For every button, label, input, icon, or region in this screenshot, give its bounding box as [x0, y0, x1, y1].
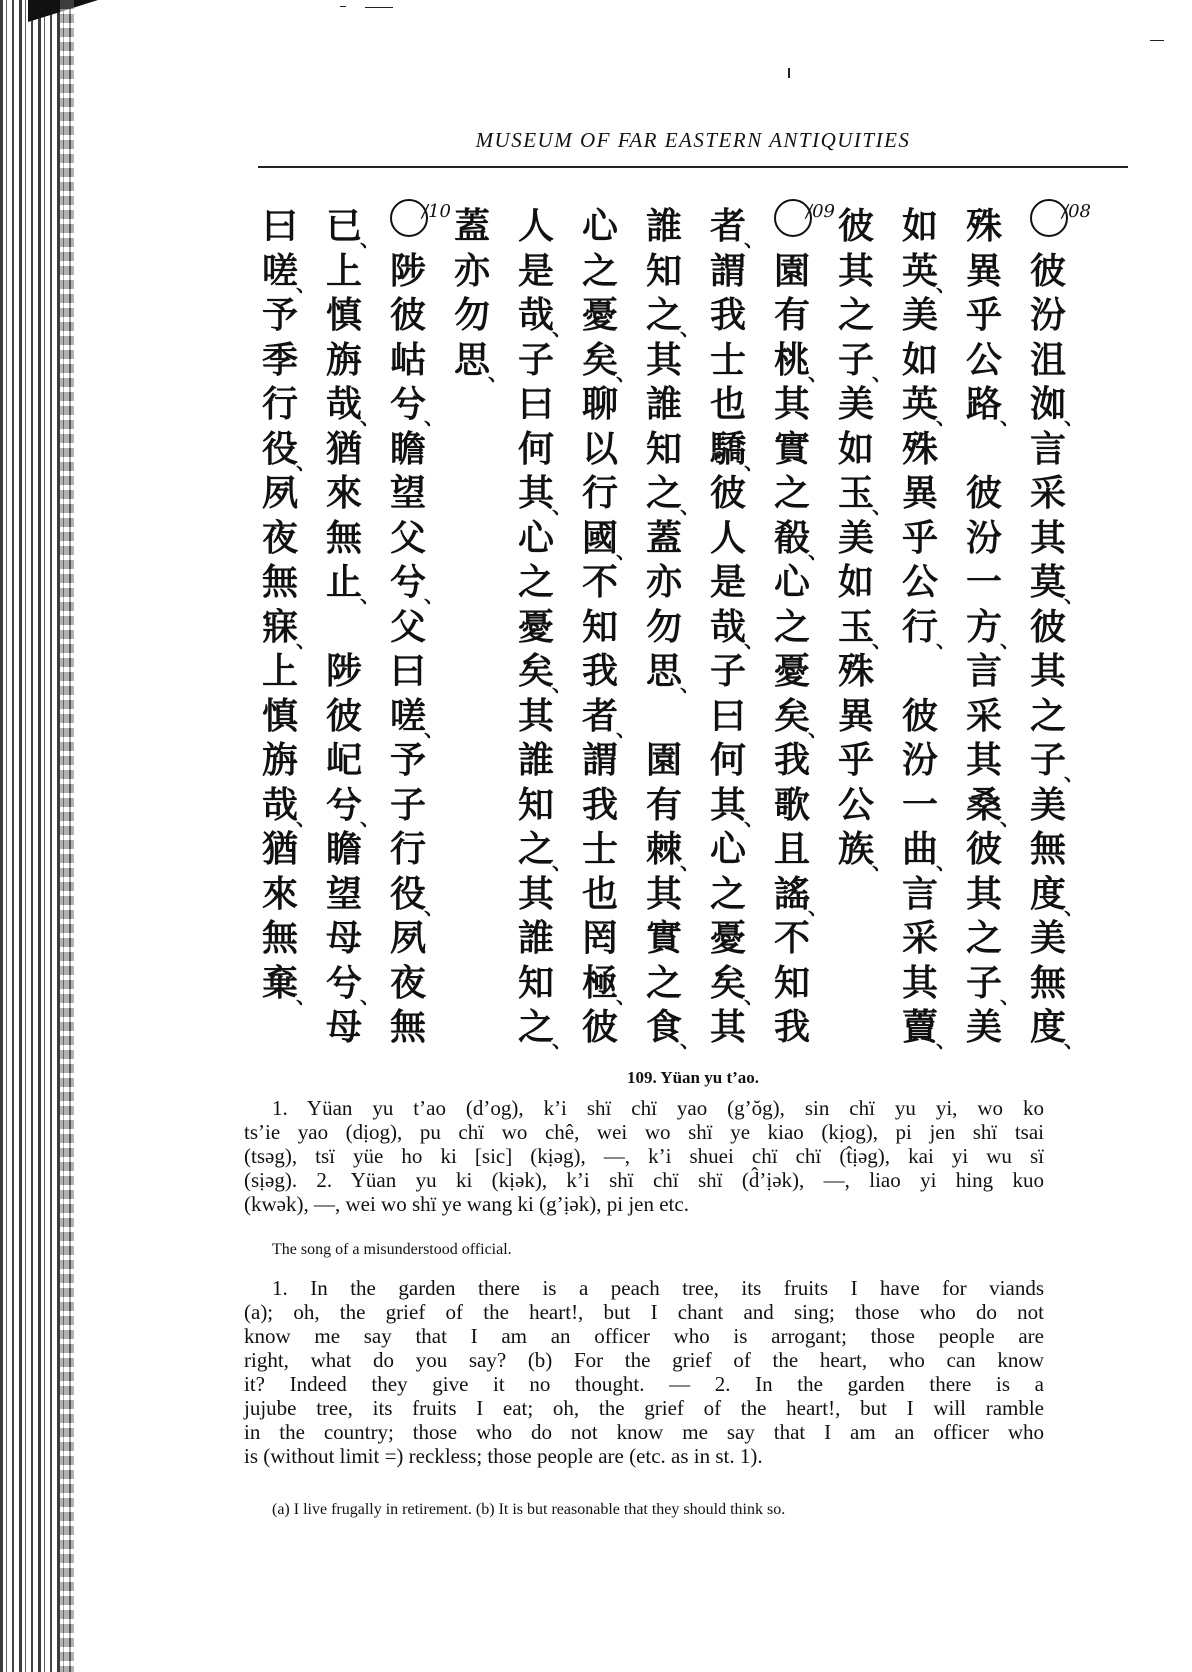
poem-number: /10: [422, 201, 451, 222]
chinese-char: 謂: [710, 250, 762, 295]
chinese-char: 聊: [582, 383, 634, 428]
chinese-char: 之: [966, 917, 1018, 962]
chinese-char: 桑、: [966, 784, 1018, 829]
chinese-char: 殊: [838, 650, 890, 695]
chinese-char: 園: [774, 250, 826, 295]
chinese-char: 如: [902, 205, 954, 250]
header-rule: [258, 166, 1128, 168]
chinese-text-block: /08 彼汾沮洳、言采其莫、彼其之子、美無度、美無度、殊異乎公路、 彼汾一方、言…: [262, 205, 1082, 1085]
chinese-char: 人: [710, 517, 762, 562]
chinese-char: 夜: [390, 962, 442, 1007]
chinese-char: 子、: [1030, 739, 1082, 784]
chinese-char: 無: [262, 917, 314, 962]
chinese-char: 公: [838, 784, 890, 829]
chinese-char: 國、: [582, 517, 634, 562]
chinese-char: 勿: [646, 606, 698, 651]
poem-number: /09: [806, 201, 835, 222]
text-column: /10 陟彼岵兮、瞻望父兮、父曰嗟、予子行役、夙夜無: [390, 205, 442, 1085]
chinese-char: 子、: [966, 962, 1018, 1007]
chinese-char: 玉、: [838, 606, 890, 651]
chinese-char: 之: [774, 606, 826, 651]
chinese-char: 已、: [326, 205, 378, 250]
chinese-char: 旃: [326, 339, 378, 384]
chinese-char: 乎: [902, 517, 954, 562]
chinese-char: 如: [838, 561, 890, 606]
chinese-char: 嗟、: [390, 695, 442, 740]
chinese-char: 猶: [326, 428, 378, 473]
chinese-char: 美: [902, 294, 954, 339]
chinese-char: 亦: [646, 561, 698, 606]
chinese-char: 彼: [838, 205, 890, 250]
chinese-char: 其: [710, 1006, 762, 1051]
chinese-char: 哉、: [518, 294, 570, 339]
chinese-char: 之: [582, 250, 634, 295]
chinese-char: 有: [646, 784, 698, 829]
chinese-char: 上: [262, 650, 314, 695]
text-column: 誰知之、其誰知之、蓋亦勿思、 園有棘、其實之食、: [646, 205, 698, 1085]
chinese-char: 度、: [1030, 1006, 1082, 1051]
chinese-char: 有: [774, 294, 826, 339]
chinese-char: 言: [1030, 428, 1082, 473]
chinese-char: 思、: [454, 339, 506, 384]
chinese-char: 行: [390, 828, 442, 873]
chinese-char: 美: [838, 517, 890, 562]
chinese-char: 不: [774, 917, 826, 962]
text-line: is (without limit =) reckless; those peo…: [244, 1444, 1044, 1468]
chinese-char: 行: [262, 383, 314, 428]
poem-description: The song of a misunderstood official.: [244, 1240, 1044, 1260]
chinese-char: 母: [326, 917, 378, 962]
chinese-char: 美: [1030, 917, 1082, 962]
chinese-char: 者、: [582, 695, 634, 740]
chinese-char: 知: [518, 784, 570, 829]
text-line: (tsəg), tsï yüe ho ki [sic] (kịəg), —, k…: [244, 1144, 1044, 1168]
chinese-char: 不: [582, 561, 634, 606]
section-title: 109. Yüan yu t’ao.: [258, 1068, 1128, 1088]
text-column: 如英、美如英、殊異乎公行、 彼汾一曲、言采其藚、: [902, 205, 954, 1085]
chinese-char: 夙: [390, 917, 442, 962]
chinese-char: 汾: [966, 517, 1018, 562]
chinese-char: 歌: [774, 784, 826, 829]
chinese-char: 汾: [902, 739, 954, 784]
chinese-char: 采: [1030, 472, 1082, 517]
text-column: 者、謂我士也驕、彼人是哉、子曰何其、心之憂矣、其: [710, 205, 762, 1085]
chinese-char: 美: [838, 383, 890, 428]
text-line: in the country; those who do not know me…: [244, 1420, 1044, 1444]
chinese-char: 言: [966, 650, 1018, 695]
chinese-char: 其: [646, 873, 698, 918]
chinese-char: 兮、: [390, 383, 442, 428]
chinese-char: 彼: [326, 695, 378, 740]
scan-speck: [365, 7, 393, 8]
chinese-char: 曰: [390, 650, 442, 695]
chinese-char: 知: [582, 606, 634, 651]
chinese-char: 行: [582, 472, 634, 517]
chinese-char: 無: [326, 517, 378, 562]
chinese-char: 其: [518, 695, 570, 740]
chinese-char: 其: [838, 250, 890, 295]
chinese-char: 乎: [838, 739, 890, 784]
chinese-char: 之、: [518, 1006, 570, 1051]
stanza-marker-circle-icon: /08: [1030, 199, 1068, 237]
chinese-char: 望: [326, 873, 378, 918]
text-column: 彼其之子、美如玉、美如玉、殊異乎公族、: [838, 205, 890, 1085]
chinese-char: 其: [646, 339, 698, 384]
chinese-char: 沮: [1030, 339, 1082, 384]
chinese-char: [326, 606, 378, 651]
chinese-char: 哉、: [710, 606, 762, 651]
chinese-char: 路、: [966, 383, 1018, 428]
chinese-char: [902, 650, 954, 695]
chinese-char: 我: [774, 1006, 826, 1051]
chinese-char: 士: [582, 828, 634, 873]
chinese-char: 園: [646, 739, 698, 784]
chinese-char: 是: [518, 250, 570, 295]
chinese-char: 我: [582, 784, 634, 829]
chinese-char: 言: [902, 873, 954, 918]
running-head: MUSEUM OF FAR EASTERN ANTIQUITIES: [258, 128, 1128, 153]
chinese-char: 彼: [1030, 606, 1082, 651]
chinese-char: 曰: [518, 383, 570, 428]
text-line: (sịəg). 2. Yüan yu ki (kịək), k’i shï ch…: [244, 1168, 1044, 1192]
text-column: 蓋亦勿思、: [454, 205, 506, 1085]
chinese-char: 其: [518, 873, 570, 918]
chinese-char: 來: [326, 472, 378, 517]
chinese-char: 是: [710, 561, 762, 606]
chinese-char: 曲、: [902, 828, 954, 873]
chinese-char: 無: [1030, 962, 1082, 1007]
chinese-char: 桃、: [774, 339, 826, 384]
chinese-char: 殊: [966, 205, 1018, 250]
chinese-char: 其: [966, 739, 1018, 784]
chinese-char: 母: [326, 1006, 378, 1051]
chinese-char: 之: [774, 472, 826, 517]
stanza-marker-circle-icon: /09: [774, 199, 812, 237]
chinese-char: 矣、: [774, 695, 826, 740]
text-line: it? Indeed they give it no thought. — 2.…: [244, 1372, 1044, 1396]
chinese-char: 其: [774, 383, 826, 428]
scan-speck: [1150, 40, 1164, 41]
chinese-char: 美: [1030, 784, 1082, 829]
chinese-char: 兮、: [326, 784, 378, 829]
chinese-char: 慎: [262, 695, 314, 740]
chinese-char: 極、: [582, 962, 634, 1007]
chinese-char: 父: [390, 606, 442, 651]
chinese-char: 之、: [646, 472, 698, 517]
chinese-char: 季: [262, 339, 314, 384]
chinese-char: 哉、: [262, 784, 314, 829]
chinese-char: 望: [390, 472, 442, 517]
chinese-char: 心: [518, 517, 570, 562]
translation-paragraph: 1. In the garden there is a peach tree, …: [244, 1276, 1044, 1468]
text-line: (kwək), —, wei wo shï ye wang ki (g’ịək)…: [244, 1192, 1044, 1216]
chinese-char: 驕、: [710, 428, 762, 473]
chinese-char: 思、: [646, 650, 698, 695]
chinese-char: 矣、: [710, 962, 762, 1007]
text-line: 1. Yüan yu t’ao (d’og), k’i shï chï yao …: [244, 1096, 1044, 1120]
chinese-char: 以: [582, 428, 634, 473]
chinese-char: 屺: [326, 739, 378, 784]
chinese-char: 莫、: [1030, 561, 1082, 606]
chinese-char: 止、: [326, 561, 378, 606]
chinese-char: 其: [966, 873, 1018, 918]
chinese-char: 兮、: [326, 962, 378, 1007]
chinese-char: 瞻: [390, 428, 442, 473]
chinese-char: 誰: [518, 917, 570, 962]
chinese-char: 我: [582, 650, 634, 695]
chinese-char: 心: [710, 828, 762, 873]
chinese-char: 矣、: [582, 339, 634, 384]
chinese-char: 彼: [1030, 250, 1082, 295]
chinese-char: [646, 695, 698, 740]
chinese-char: 知: [518, 962, 570, 1007]
chinese-char: 一: [902, 784, 954, 829]
chinese-char: 殽、: [774, 517, 826, 562]
chinese-char: 棄、: [262, 962, 314, 1007]
text-column: 已、上慎旃哉、猶來無止、 陟彼屺兮、瞻望母兮、母: [326, 205, 378, 1085]
chinese-char: 人: [518, 205, 570, 250]
text-line: 1. In the garden there is a peach tree, …: [244, 1276, 1044, 1300]
chinese-char: 矣、: [518, 650, 570, 695]
chinese-char: 旃: [262, 739, 314, 784]
chinese-char: 寐、: [262, 606, 314, 651]
chinese-char: 玉、: [838, 472, 890, 517]
chinese-char: 何: [518, 428, 570, 473]
chinese-char: 其: [1030, 517, 1082, 562]
chinese-char: 汾: [1030, 294, 1082, 339]
chinese-char: 子: [390, 784, 442, 829]
chinese-char: 彼: [902, 695, 954, 740]
chinese-char: 彼: [582, 1006, 634, 1051]
chinese-char: 且: [774, 828, 826, 873]
chinese-char: 其: [1030, 650, 1082, 695]
footnote: (a) I live frugally in retirement. (b) I…: [244, 1500, 1044, 1520]
chinese-char: 異: [966, 250, 1018, 295]
chinese-char: 食、: [646, 1006, 698, 1051]
binding-gutter: [60, 0, 74, 1672]
chinese-char: 其、: [518, 472, 570, 517]
chinese-char: 子: [518, 339, 570, 384]
chinese-char: 美: [966, 1006, 1018, 1051]
chinese-char: 蓋: [646, 517, 698, 562]
chinese-char: 之: [518, 561, 570, 606]
chinese-char: 采: [966, 695, 1018, 740]
chinese-char: 之: [710, 873, 762, 918]
chinese-char: 夜: [262, 517, 314, 562]
text-line: ts’ie yao (dịog), pu chï wo chê, wei wo …: [244, 1120, 1044, 1144]
chinese-char: 心: [582, 205, 634, 250]
chinese-char: 知: [646, 250, 698, 295]
text-column: /09 園有桃、其實之殽、心之憂矣、我歌且謠、不知我: [774, 205, 826, 1085]
chinese-char: 也: [582, 873, 634, 918]
chinese-char: 役、: [390, 873, 442, 918]
scan-speck: [788, 68, 790, 78]
text-line: right, what do you say? (b) For the grie…: [244, 1348, 1044, 1372]
chinese-char: 彼: [966, 472, 1018, 517]
chinese-char: 猶: [262, 828, 314, 873]
chinese-char: 實: [774, 428, 826, 473]
chinese-char: [966, 428, 1018, 473]
chinese-char: 蓋: [454, 205, 506, 250]
text-line: know me say that I am an officer who is …: [244, 1324, 1044, 1348]
text-line: jujube tree, its fruits I eat; oh, the g…: [244, 1396, 1044, 1420]
chinese-char: 士: [710, 339, 762, 384]
chinese-char: 父: [390, 517, 442, 562]
chinese-char: 兮、: [390, 561, 442, 606]
chinese-char: 誰: [646, 205, 698, 250]
chinese-char: 知: [646, 428, 698, 473]
chinese-char: 其、: [710, 784, 762, 829]
chinese-char: 予: [390, 739, 442, 784]
chinese-char: 陟: [390, 250, 442, 295]
chinese-char: 來: [262, 873, 314, 918]
chinese-char: 憂: [710, 917, 762, 962]
chinese-char: 度、: [1030, 873, 1082, 918]
text-column: 殊異乎公路、 彼汾一方、言采其桑、彼其之子、美: [966, 205, 1018, 1085]
scan-speck: [340, 6, 346, 7]
chinese-char: 憂: [774, 650, 826, 695]
chinese-char: 無: [1030, 828, 1082, 873]
chinese-char: 乎: [966, 294, 1018, 339]
chinese-char: 岵: [390, 339, 442, 384]
text-column: 人是哉、子曰何其、心之憂矣、其誰知之、其誰知之、: [518, 205, 570, 1085]
chinese-char: 慎: [326, 294, 378, 339]
chinese-char: 公: [966, 339, 1018, 384]
text-column: 曰嗟、予季行役、夙夜無寐、上慎旃哉、猶來無棄、: [262, 205, 314, 1085]
chinese-char: 也: [710, 383, 762, 428]
chinese-char: 陟: [326, 650, 378, 695]
chinese-char: 一: [966, 561, 1018, 606]
chinese-char: 上: [326, 250, 378, 295]
chinese-char: 實: [646, 917, 698, 962]
chinese-char: 我: [774, 739, 826, 784]
chinese-char: 亦: [454, 250, 506, 295]
chinese-char: 嗟、: [262, 250, 314, 295]
chinese-char: 方、: [966, 606, 1018, 651]
chinese-char: 異: [838, 695, 890, 740]
chinese-char: 之: [838, 294, 890, 339]
chinese-char: 役、: [262, 428, 314, 473]
chinese-char: 之、: [518, 828, 570, 873]
chinese-char: 謂: [582, 739, 634, 784]
chinese-char: 公: [902, 561, 954, 606]
chinese-char: 洳、: [1030, 383, 1082, 428]
chinese-char: 行、: [902, 606, 954, 651]
chinese-char: 何: [710, 739, 762, 784]
chinese-char: 予: [262, 294, 314, 339]
transliteration-paragraph: 1. Yüan yu t’ao (d’og), k’i shï chï yao …: [244, 1096, 1044, 1216]
chinese-char: 彼: [390, 294, 442, 339]
chinese-char: 曰: [710, 695, 762, 740]
chinese-char: 勿: [454, 294, 506, 339]
chinese-char: 心: [774, 561, 826, 606]
chinese-char: 子: [710, 650, 762, 695]
chinese-char: 知: [774, 962, 826, 1007]
chinese-char: 誰: [518, 739, 570, 784]
poem-number: /08: [1062, 201, 1091, 222]
chinese-char: 憂: [518, 606, 570, 651]
chinese-char: 無: [262, 561, 314, 606]
chinese-char: 彼: [966, 828, 1018, 873]
chinese-char: 之: [646, 962, 698, 1007]
chinese-char: 憂: [582, 294, 634, 339]
chinese-char: 罔: [582, 917, 634, 962]
chinese-char: 之、: [646, 294, 698, 339]
chinese-char: 英、: [902, 383, 954, 428]
chinese-char: 棘、: [646, 828, 698, 873]
chinese-char: 者、: [710, 205, 762, 250]
chinese-char: 誰: [646, 383, 698, 428]
text-line: (a); oh, the grief of the heart!, but I …: [244, 1300, 1044, 1324]
chinese-char: 藚、: [902, 1006, 954, 1051]
chinese-char: 采: [902, 917, 954, 962]
chinese-char: 英、: [902, 250, 954, 295]
chinese-char: 殊: [902, 428, 954, 473]
chinese-char: 無: [390, 1006, 442, 1051]
chinese-char: 曰: [262, 205, 314, 250]
chinese-char: 哉、: [326, 383, 378, 428]
text-column: /08 彼汾沮洳、言采其莫、彼其之子、美無度、美無度、: [1030, 205, 1082, 1085]
stanza-marker-circle-icon: /10: [390, 199, 428, 237]
chinese-char: 彼: [710, 472, 762, 517]
chinese-char: 瞻: [326, 828, 378, 873]
chinese-char: 如: [902, 339, 954, 384]
chinese-char: 之: [1030, 695, 1082, 740]
chinese-char: 族、: [838, 828, 890, 873]
chinese-char: 謠、: [774, 873, 826, 918]
chinese-char: 子、: [838, 339, 890, 384]
text-column: 心之憂矣、聊以行國、不知我者、謂我士也罔極、彼: [582, 205, 634, 1085]
chinese-char: 其: [902, 962, 954, 1007]
chinese-char: 異: [902, 472, 954, 517]
chinese-char: 我: [710, 294, 762, 339]
chinese-char: 夙: [262, 472, 314, 517]
chinese-char: 如: [838, 428, 890, 473]
